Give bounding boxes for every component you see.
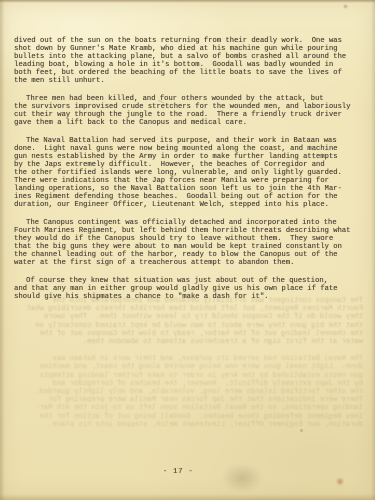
scanned-document-page: The Canopus contingent was officially de… <box>0 0 375 500</box>
paragraph: The Canopus contingent was officially de… <box>14 219 366 267</box>
bleed-through-paragraph: The Naval Battalion had served its purpo… <box>13 355 363 429</box>
paragraph: Of course they knew that situation was j… <box>14 277 366 301</box>
paragraph: dived out of the sun on the boats return… <box>14 37 366 85</box>
rust-speck <box>336 477 344 486</box>
ink-speck <box>343 4 348 9</box>
ink-speck <box>300 429 303 432</box>
page-number: - 17 - <box>0 468 356 476</box>
paragraph: The Naval Battalion had served its purpo… <box>14 137 366 209</box>
bleed-through-text: The Canopus contingent was officially de… <box>13 297 363 438</box>
stain-smudge <box>221 463 263 493</box>
typed-text-block: dived out of the sun on the boats return… <box>14 37 366 311</box>
paragraph: Three men had been killed, and four othe… <box>14 95 366 127</box>
